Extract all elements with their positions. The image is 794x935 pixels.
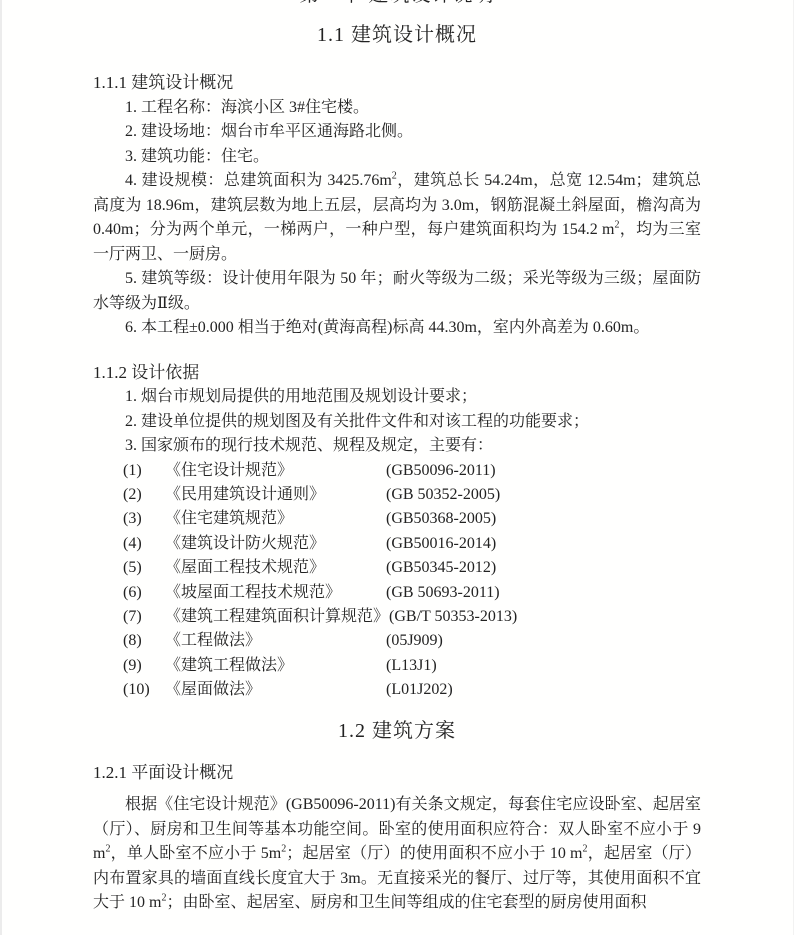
subsection-heading-1-1-1: 1.1.1 建筑设计概况 — [93, 71, 701, 96]
standard-code: (GB/T 50353-2013) — [389, 605, 517, 629]
standard-number: (5) — [123, 556, 153, 580]
item-function: 3. 建筑功能：住宅。 — [93, 145, 701, 170]
section-heading-1-1: 1.1 建筑设计概况 — [93, 22, 701, 48]
standard-title: 《建筑工程建筑面积计算规范》 — [165, 605, 389, 629]
standard-code: (05J909) — [386, 629, 443, 653]
basis-item-planning-bureau: 1. 烟台市规划局提供的用地范围及规划设计要求； — [93, 385, 701, 410]
standard-title: 《屋面工程技术规范》 — [165, 556, 325, 580]
standard-code: (GB50368-2005) — [386, 507, 496, 531]
standard-row: (3)《住宅建筑规范》 (GB50368-2005) — [93, 507, 701, 531]
item-scale: 4. 建设规模：总建筑面积为 3425.76m2，建筑总长 54.24m，总宽 … — [93, 169, 701, 267]
standard-title: 《建筑设计防火规范》 — [165, 532, 325, 556]
plane-design-paragraph: 根据《住宅设计规范》(GB50096-2011)有关条文规定，每套住宅应设卧室、… — [93, 793, 701, 916]
standard-code: (L01J202) — [386, 678, 453, 702]
standard-title: 《住宅建筑规范》 — [165, 507, 293, 531]
page-content: 第一章 建筑设计说明 1.1 建筑设计概况 1.1.1 建筑设计概况 1. 工程… — [2, 0, 793, 916]
item-project-name: 1. 工程名称：海滨小区 3#住宅楼。 — [93, 96, 701, 121]
standard-number: (1) — [123, 459, 153, 483]
standard-row: (1)《住宅设计规范》 (GB50096-2011) — [93, 459, 701, 483]
subsection-heading-1-1-2: 1.1.2 设计依据 — [93, 361, 701, 386]
standard-code: (GB 50693-2011) — [386, 581, 500, 605]
standard-number: (9) — [123, 654, 153, 678]
item-grade: 5. 建筑等级：设计使用年限为 50 年；耐火等级为二级；采光等级为三级；屋面防… — [93, 267, 701, 316]
standard-row: (4)《建筑设计防火规范》 (GB50016-2014) — [93, 532, 701, 556]
standard-title: 《建筑工程做法》 — [165, 654, 293, 678]
section-heading-1-2: 1.2 建筑方案 — [93, 718, 701, 744]
chapter-heading-text: 第一章 建筑设计说明 — [93, 0, 701, 8]
standard-code: (GB 50352-2005) — [386, 483, 500, 507]
standard-code: (GB50016-2014) — [386, 532, 496, 556]
item-elevation: 6. 本工程±0.000 相当于绝对(黄海高程)标高 44.30m，室内外高差为… — [93, 316, 701, 341]
standard-title: 《坡屋面工程技术规范》 — [165, 581, 341, 605]
standard-row: (9)《建筑工程做法》 (L13J1) — [93, 654, 701, 678]
item-site: 2. 建设场地：烟台市牟平区通海路北侧。 — [93, 120, 701, 145]
standard-number: (4) — [123, 532, 153, 556]
standard-number: (8) — [123, 629, 153, 653]
standard-code: (GB50345-2012) — [386, 556, 496, 580]
standard-number: (3) — [123, 507, 153, 531]
chapter-heading-clipped: 第一章 建筑设计说明 — [93, 0, 701, 9]
standard-code: (GB50096-2011) — [386, 459, 496, 483]
standard-row: (6)《坡屋面工程技术规范》 (GB 50693-2011) — [93, 581, 701, 605]
standard-number: (2) — [123, 483, 153, 507]
standard-row: (2)《民用建筑设计通则》 (GB 50352-2005) — [93, 483, 701, 507]
standard-row: (5)《屋面工程技术规范》 (GB50345-2012) — [93, 556, 701, 580]
basis-item-owner-docs: 2. 建设单位提供的规划图及有关批件文件和对该工程的功能要求； — [93, 410, 701, 435]
standards-list: (1)《住宅设计规范》 (GB50096-2011) (2)《民用建筑设计通则》… — [93, 459, 701, 703]
standard-code: (L13J1) — [386, 654, 437, 678]
standard-row: (8)《工程做法》 (05J909) — [93, 629, 701, 653]
subsection-heading-1-2-1: 1.2.1 平面设计概况 — [93, 761, 701, 786]
standard-row: (10)《屋面做法》 (L01J202) — [93, 678, 701, 702]
basis-item-codes-intro: 3. 国家颁布的现行技术规范、规程及规定，主要有： — [93, 434, 701, 459]
standard-title: 《屋面做法》 — [165, 678, 261, 702]
standard-number: (7) — [123, 605, 153, 629]
standard-number: (10) — [123, 678, 153, 702]
standard-title: 《民用建筑设计通则》 — [165, 483, 325, 507]
document-page: 第一章 建筑设计说明 1.1 建筑设计概况 1.1.1 建筑设计概况 1. 工程… — [0, 0, 794, 935]
standard-title: 《工程做法》 — [165, 629, 261, 653]
standard-row: (7)《建筑工程建筑面积计算规范》 (GB/T 50353-2013) — [93, 605, 701, 629]
standard-number: (6) — [123, 581, 153, 605]
standard-title: 《住宅设计规范》 — [165, 459, 293, 483]
